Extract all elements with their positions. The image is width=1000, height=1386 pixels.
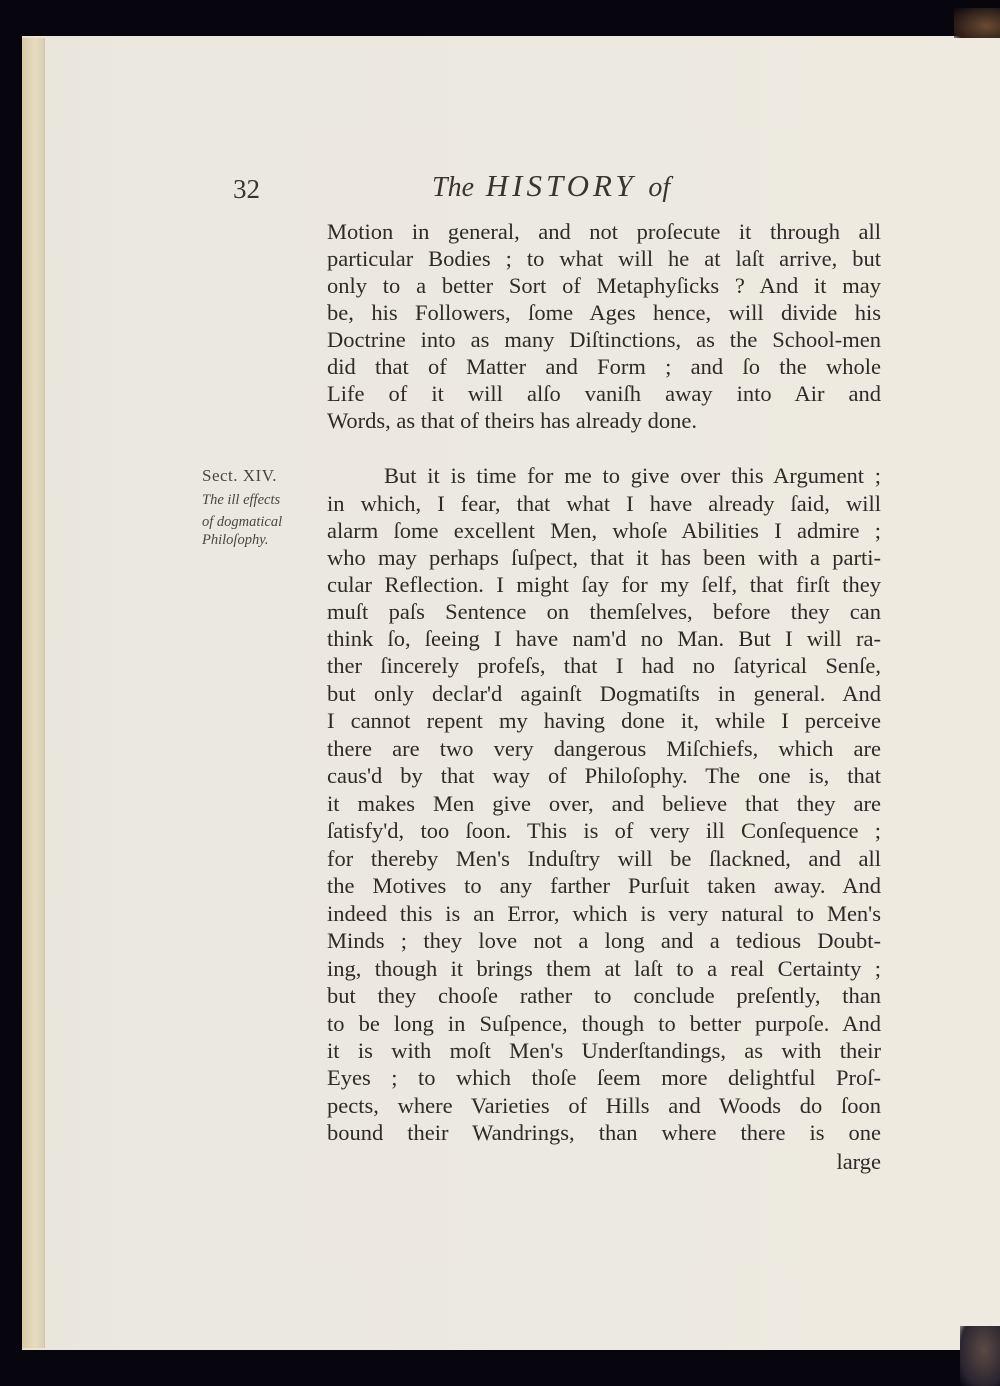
page-number: 32 <box>233 174 260 205</box>
text-line: bound their Wandrings, than where there … <box>327 1119 881 1146</box>
text-line: cular Reflection. I might ſay for my ſel… <box>327 571 881 598</box>
text-line: particular Bodies ; to what will he at l… <box>327 245 881 272</box>
section-marker: Sect. XIV. <box>202 466 277 486</box>
text-line: But it is time for me to give over this … <box>384 462 881 489</box>
text-line: the Motives to any farther Purſuit taken… <box>327 872 881 899</box>
text-line: ſatisfy'd, too ſoon. This is of very ill… <box>327 817 881 844</box>
side-note-line: The ill effects <box>202 492 280 509</box>
running-head-prefix: The <box>432 172 474 203</box>
text-line: only to a better Sort of Metaphyſicks ? … <box>327 272 881 299</box>
running-head-title: HISTORY <box>486 168 637 203</box>
text-line: alarm ſome excellent Men, whoſe Abilitie… <box>327 517 881 544</box>
thumb-top-right <box>954 8 1000 38</box>
text-line: Doctrine into as many Diſtinctions, as t… <box>327 326 881 353</box>
text-line: caus'd by that way of Philoſophy. The on… <box>327 762 881 789</box>
text-line: it makes Men give over, and believe that… <box>327 790 881 817</box>
text-line: for thereby Men's Induſtry will be ſlack… <box>327 845 881 872</box>
text-line: but they chooſe rather to conclude preſe… <box>327 982 881 1009</box>
side-note-line: of dogmatical <box>202 514 282 531</box>
text-line: to be long in Suſpence, though to better… <box>327 1010 881 1037</box>
page-gutter-edge <box>22 38 45 1348</box>
text-line: in which, I fear, that what I have alrea… <box>327 490 881 517</box>
text-line: did that of Matter and Form ; and ſo the… <box>327 353 881 380</box>
text-line: Motion in general, and not proſecute it … <box>327 218 881 245</box>
side-note-line: Philoſophy. <box>202 532 268 549</box>
text-line: it is with moſt Men's Underſtandings, as… <box>327 1037 881 1064</box>
catchword: large <box>327 1148 881 1175</box>
text-line: Minds ; they love not a long and a tedio… <box>327 927 881 954</box>
text-line: there are two very dangerous Miſchiefs, … <box>327 735 881 762</box>
text-line: think ſo, ſeeing I have nam'd no Man. Bu… <box>327 625 881 652</box>
text-line: Eyes ; to which thoſe ſeem more delightf… <box>327 1064 881 1091</box>
thumb-bottom-right <box>960 1326 1000 1386</box>
text-line: pects, where Varieties of Hills and Wood… <box>327 1092 881 1119</box>
text-line: ther ſincerely profeſs, that I had no ſa… <box>327 652 881 679</box>
text-line: I cannot repent my having done it, while… <box>327 707 881 734</box>
running-head: The HISTORY of <box>432 168 670 204</box>
text-line: be, his Followers, ſome Ages hence, will… <box>327 299 881 326</box>
text-line: who may perhaps ſuſpect, that it has bee… <box>327 544 881 571</box>
text-line: muſt paſs Sentence on themſelves, before… <box>327 598 881 625</box>
text-line: indeed this is an Error, which is very n… <box>327 900 881 927</box>
text-line: Words, as that of theirs has already don… <box>327 407 881 434</box>
text-line: Life of it will alſo vaniſh away into Ai… <box>327 380 881 407</box>
running-head-suffix: of <box>648 172 670 203</box>
text-line: ing, though it brings them at laſt to a … <box>327 955 881 982</box>
text-line: but only declar'd againſt Dogmatiſts in … <box>327 680 881 707</box>
